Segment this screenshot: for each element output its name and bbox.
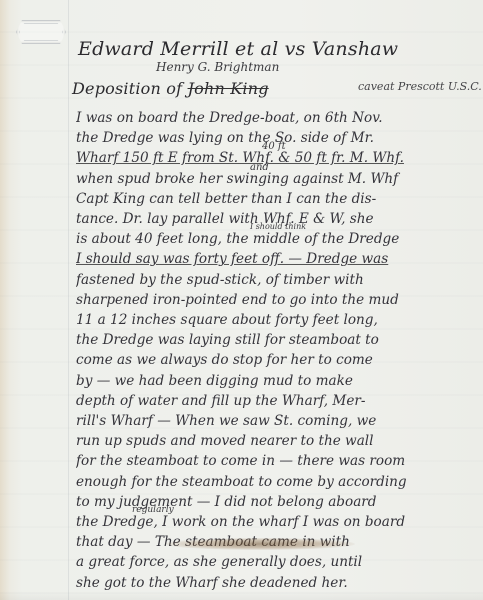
deposition-line-8: I should say was forty feet off. — Dredg… bbox=[76, 251, 476, 267]
manuscript-page: Edward Merrill et al vs Vanshaw Henry G.… bbox=[0, 0, 483, 600]
deposition-line-13: come as we always do stop for her to com… bbox=[76, 352, 476, 368]
deposition-line-18: for the steamboat to come in — there was… bbox=[76, 453, 476, 469]
case-title: Edward Merrill et al vs Vanshaw bbox=[78, 38, 398, 60]
embossed-stamp-inner-icon bbox=[19, 23, 63, 41]
deposition-line-15: depth of water and fill up the Wharf, Me… bbox=[76, 393, 476, 409]
deposition-line-10: sharpened iron-pointed end to go into th… bbox=[76, 292, 476, 308]
deposition-line-17: run up spuds and moved nearer to the wal… bbox=[76, 433, 476, 449]
deponent-inserted-name: Henry G. Brightman bbox=[156, 60, 279, 74]
deposition-line-5: Capt King can tell better than I can the… bbox=[76, 191, 476, 207]
deposition-line-6: tance. Dr. lay parallel with Whf. E & W,… bbox=[76, 211, 476, 227]
deposition-line-3: Wharf 150 ft E from St. Whf. & 50 ft fr.… bbox=[76, 150, 476, 166]
deposition-line-19: enough for the steamboat to come by acco… bbox=[76, 474, 476, 490]
deposition-line-11: 11 a 12 inches square about forty feet l… bbox=[76, 312, 476, 328]
deposition-line-22: that day — The steamboat came in with bbox=[76, 534, 476, 550]
deposition-line-23: a great force, as she generally does, un… bbox=[76, 554, 476, 570]
deposition-line-12: the Dredge was laying still for steamboa… bbox=[76, 332, 476, 348]
deposition-line-7: is about 40 feet long, the middle of the… bbox=[76, 231, 476, 247]
deposition-line-21: the Dredge, I work on the wharf I was on… bbox=[76, 514, 476, 530]
caveat-note: caveat Prescott U.S.C. bbox=[358, 80, 482, 93]
margin-rule bbox=[68, 0, 69, 600]
deposition-line-14: by — we had been digging mud to make bbox=[76, 373, 476, 389]
deposition-heading: Deposition of John King bbox=[72, 79, 269, 98]
deposition-line-1: I was on board the Dredge-boat, on 6th N… bbox=[76, 110, 476, 126]
deponent-struck-name: John King bbox=[188, 79, 269, 98]
deposition-label: Deposition of bbox=[72, 79, 182, 98]
deposition-line-16: rill's Wharf — When we saw St. coming, w… bbox=[76, 413, 476, 429]
deposition-line-20: to my judgement — I did not belong aboar… bbox=[76, 494, 476, 510]
deposition-line-24: she got to the Wharf she deadened her. bbox=[76, 575, 476, 591]
deposition-line-9: fastened by the spud-stick, of timber wi… bbox=[76, 272, 476, 288]
deposition-line-4: when spud broke her swinging against M. … bbox=[76, 171, 476, 187]
deposition-line-2: the Dredge was lying on the So. side of … bbox=[76, 130, 476, 146]
